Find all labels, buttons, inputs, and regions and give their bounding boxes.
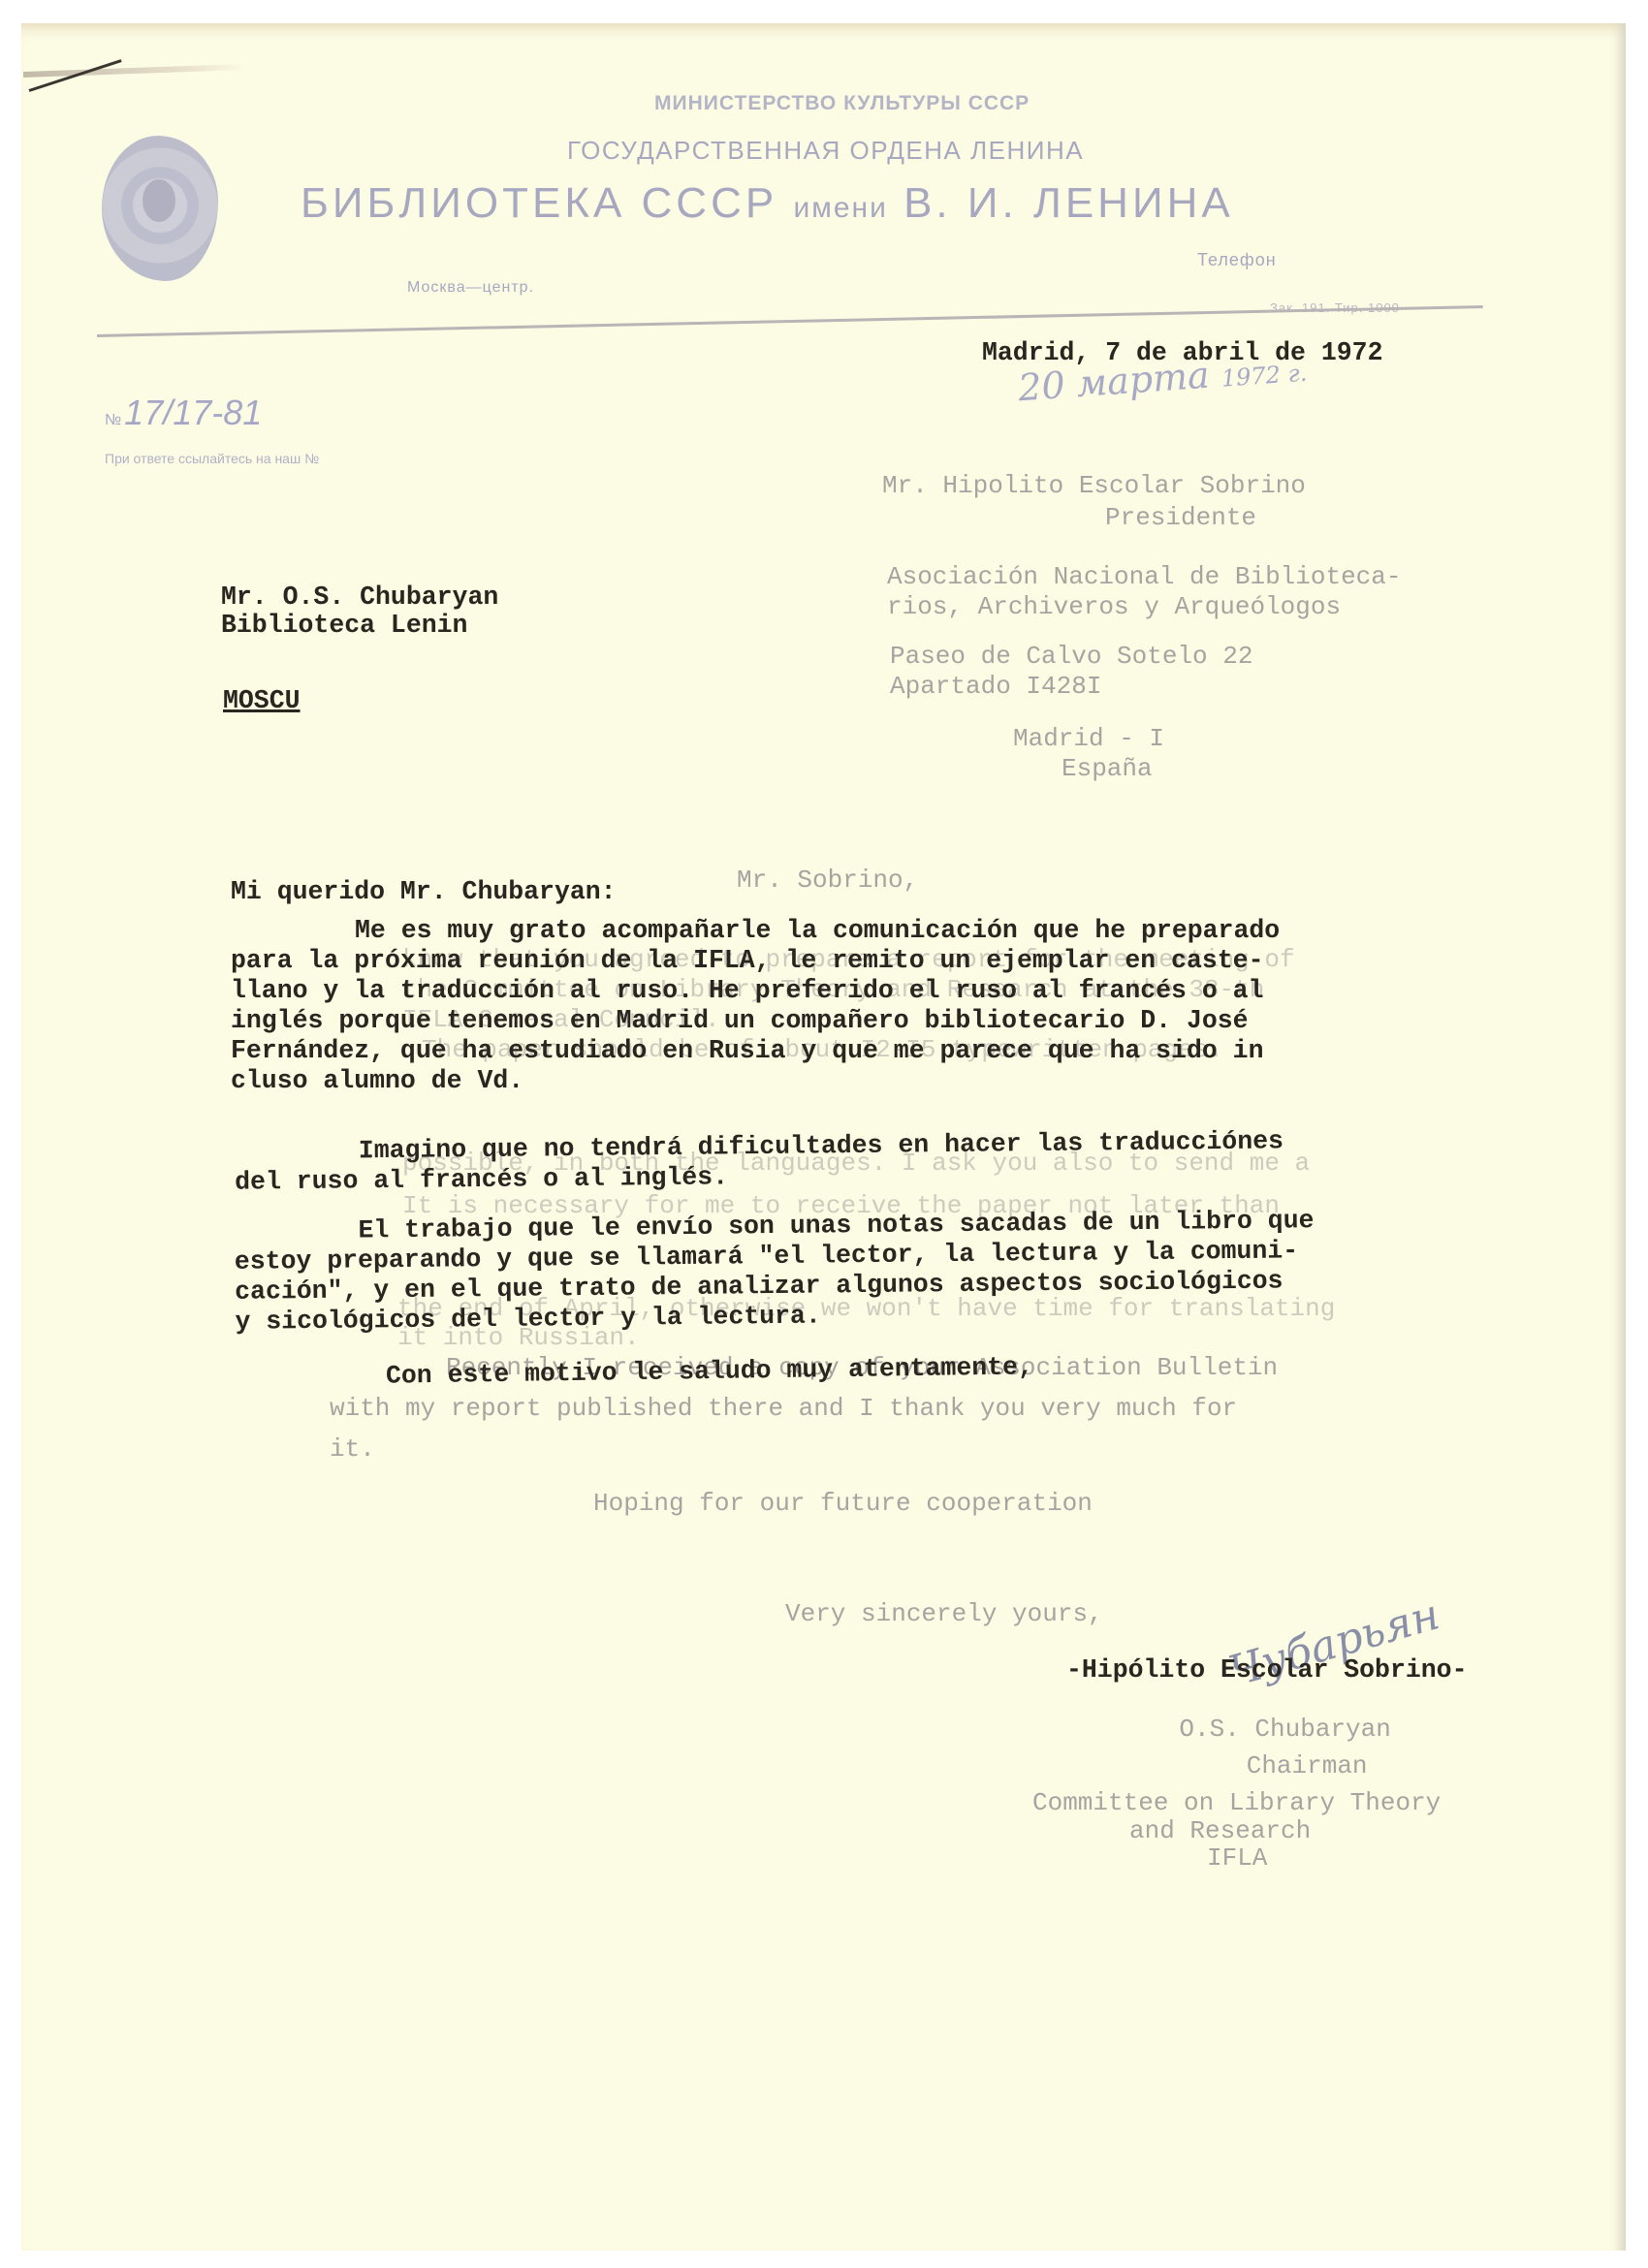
order-of-lenin-emblem-icon (102, 136, 218, 281)
english-association: Asociación Nacional de Biblioteca- rios,… (887, 562, 1402, 622)
paragraph-3: El trabajo que le envío son unas notas s… (234, 1206, 1315, 1338)
letterhead-order: ГОСУДАРСТВЕННАЯ ОРДЕНА ЛЕНИНА (567, 136, 1084, 166)
paragraph-1: Me es muy grato acompañarle la comunicac… (231, 916, 1280, 1096)
reference-caption: При ответе ссылайтесь на наш № (105, 451, 319, 466)
letterhead-library: БИБЛИОТЕКА СССР имени В. И. ЛЕНИНА (301, 179, 1234, 228)
english-valediction: Very sincerely yours, (785, 1599, 1103, 1628)
signature-name: -Hipólito Escolar Sobrino- (1066, 1655, 1467, 1685)
salutation: Mi querido Mr. Chubaryan: (231, 877, 617, 906)
english-city: Madrid - I España (1013, 724, 1164, 784)
letter-date: Madrid, 7 de abril de 1972 (982, 338, 1382, 367)
letterhead-city: Москва—центр. (407, 279, 534, 297)
english-signatory-2: and Research IFLA (1129, 1817, 1311, 1872)
english-address: Paseo de Calvo Sotelo 22 Apartado I428I (890, 642, 1252, 702)
reference-number: №17/17-81 (105, 393, 262, 433)
letterhead-library-main: БИБЛИОТЕКА СССР (301, 179, 777, 227)
letterhead-library-name: В. И. ЛЕНИНА (903, 179, 1234, 227)
english-hoping: Hoping for our future cooperation (593, 1489, 1093, 1518)
letterhead-name-prefix: имени (793, 192, 887, 224)
recipient-city: MOSCU (223, 686, 301, 715)
paragraph-2: Imagino que no tendrá dificultades en ha… (235, 1126, 1284, 1197)
english-signatory: O.S. Chubaryan Chairman Committee on Lib… (1032, 1711, 1441, 1821)
recipient-block: Mr. O.S. Chubaryan Biblioteca Lenin (221, 583, 498, 640)
english-salutation: Mr. Sobrino, (737, 866, 918, 895)
english-addressee: Mr. Hipolito Escolar Sobrino Presidente (882, 470, 1306, 534)
letterhead-ministry: МИНИСТЕРСТВО КУЛЬТУРЫ СССР (654, 92, 1030, 115)
letterhead-phone-label: Телефон (1197, 250, 1277, 270)
